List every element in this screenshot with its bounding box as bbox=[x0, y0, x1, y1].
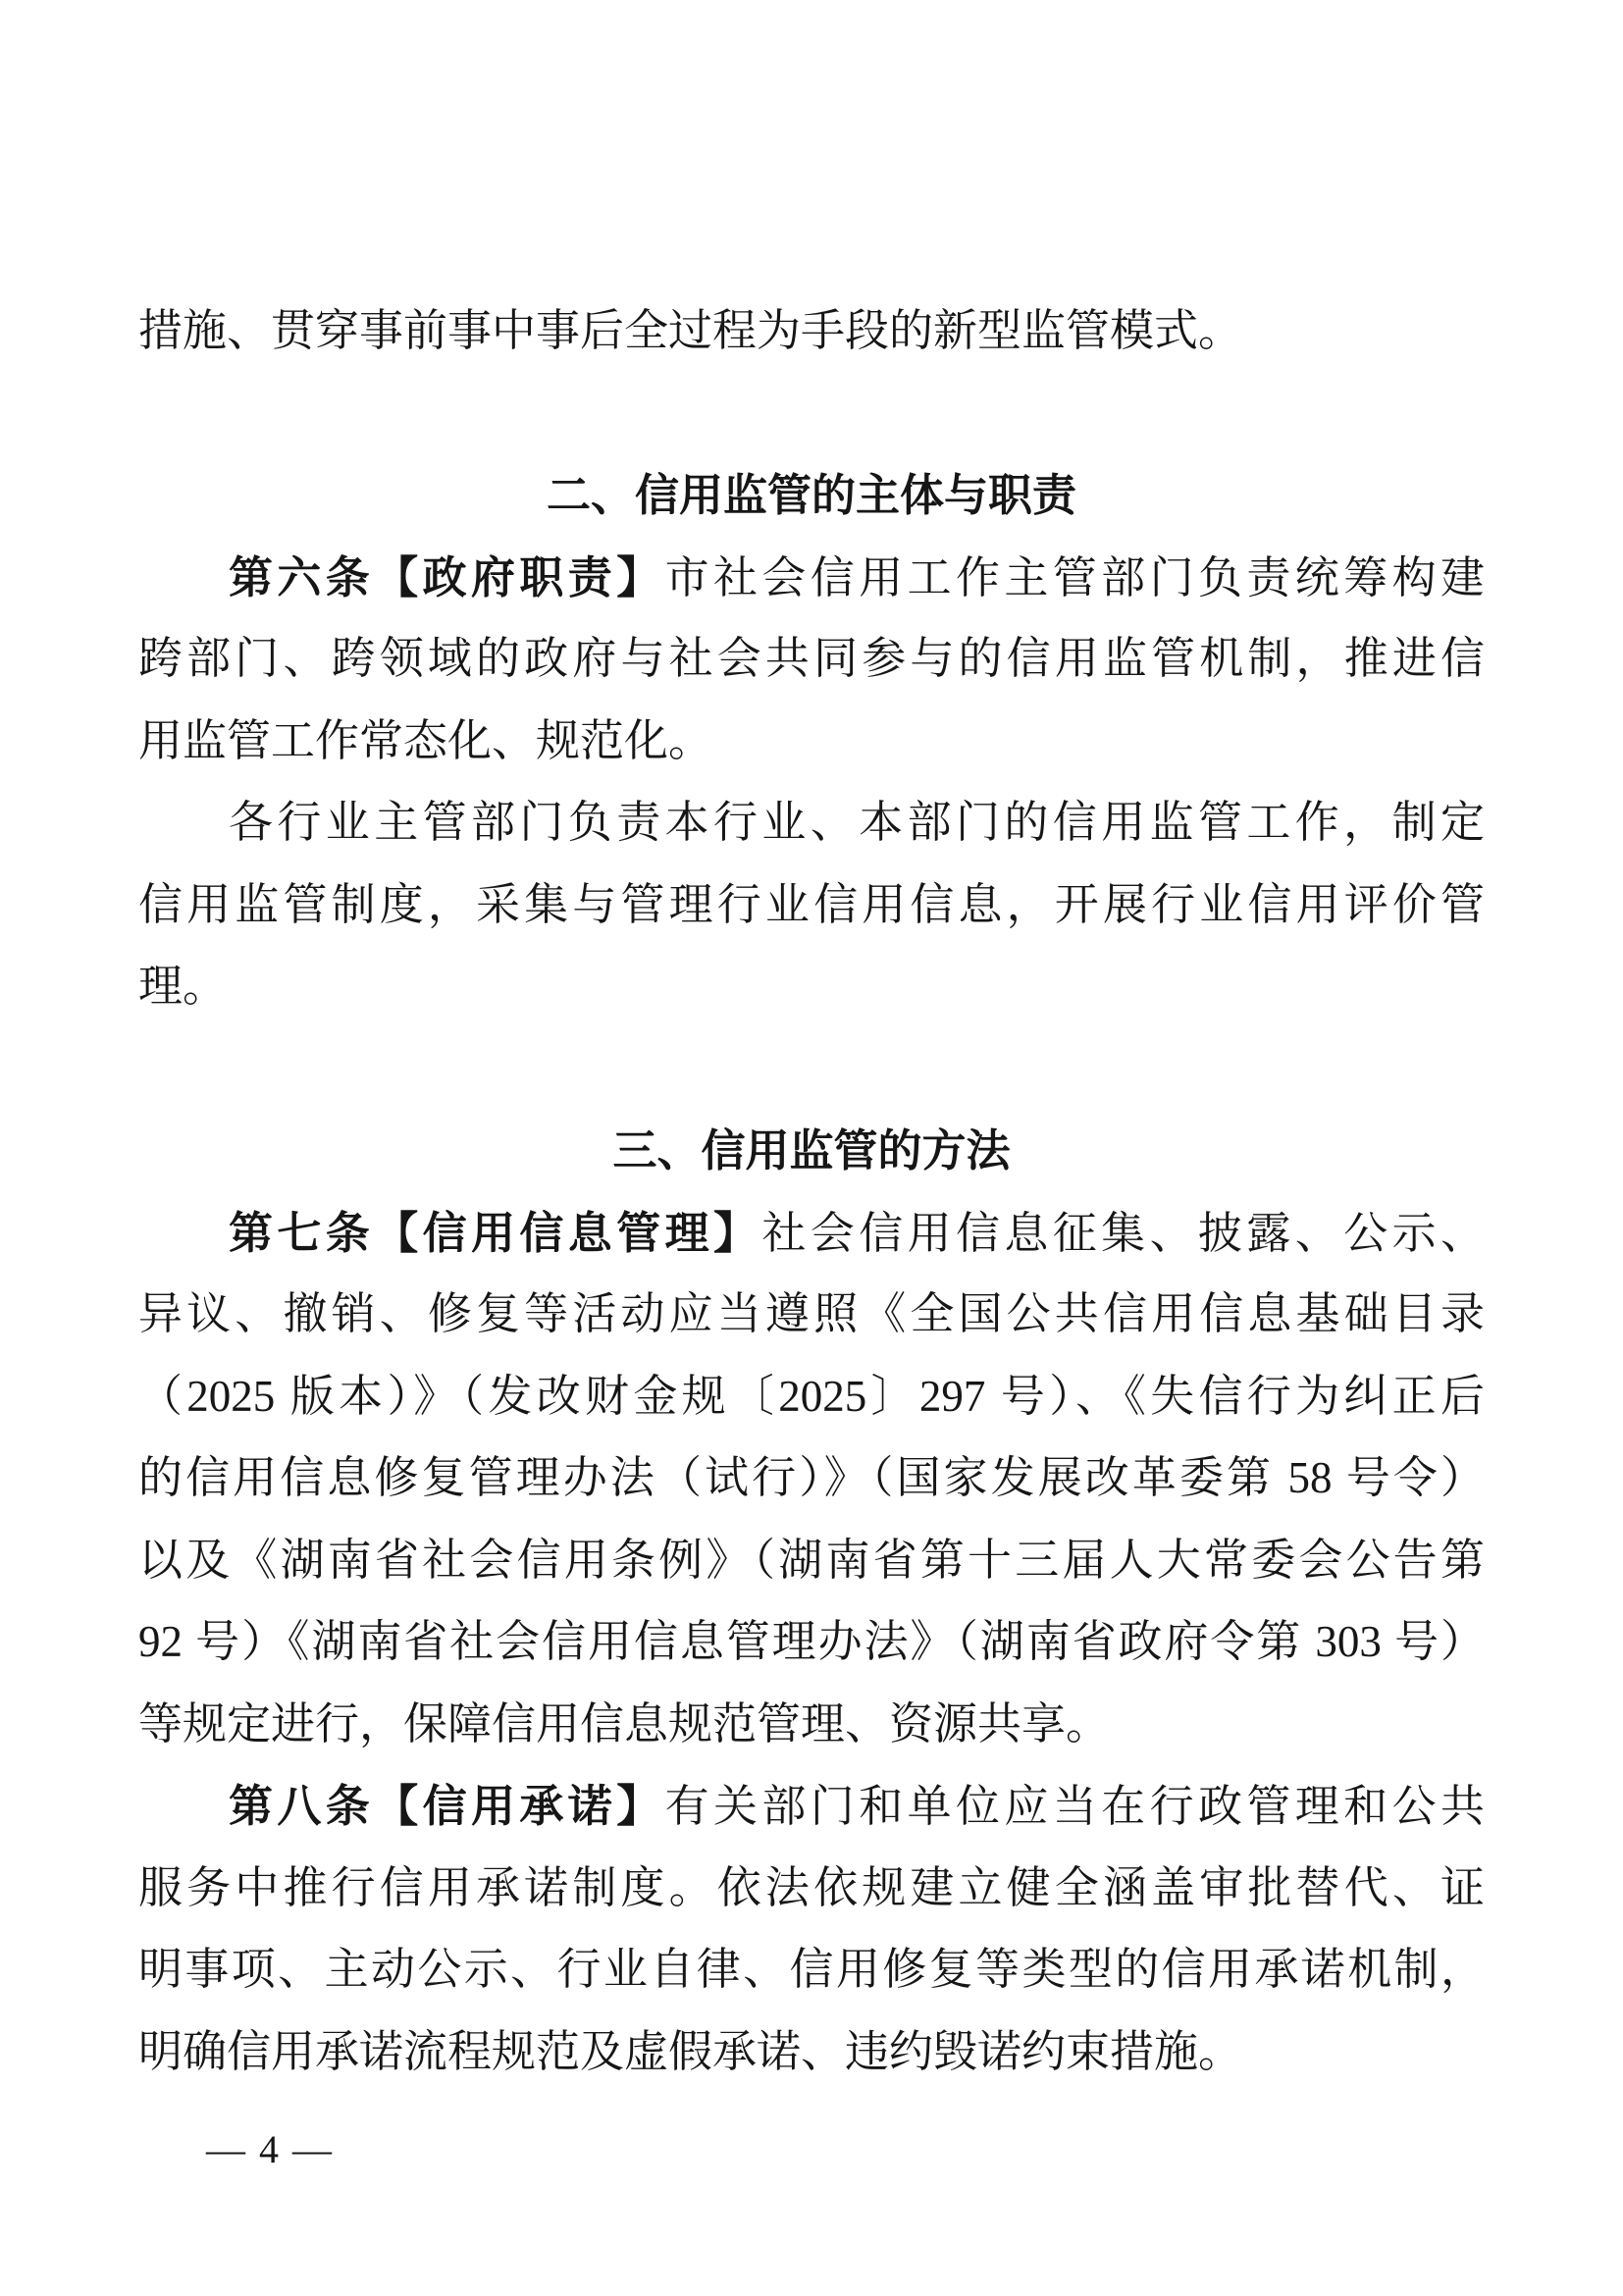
text-line: 服务中推行信用承诺制度。依法依规建立健全涵盖审批替代、证 bbox=[138, 1848, 1485, 1930]
text-line: 等规定进行，保障信用信息规范管理、资源共享。 bbox=[138, 1684, 1485, 1766]
text-line: 以及《湖南省社会信用条例》（湖南省第十三届人大常委会公告第 bbox=[138, 1520, 1485, 1602]
text-line: 92 号）《湖南省社会信用信息管理办法》（湖南省政府令第 303 号） bbox=[138, 1601, 1485, 1684]
text-run: 异议、撤销、修复等活动应当遵照《全国公共信用信息基础目录 bbox=[138, 1289, 1485, 1338]
text-line: 信用监管制度，采集与管理行业信用信息，开展行业信用评价管 bbox=[138, 864, 1485, 947]
text-run: 措施、贯穿事前事中事后全过程为手段的新型监管模式。 bbox=[138, 306, 1242, 355]
article-label: 第七条【信用信息管理】 bbox=[229, 1208, 761, 1258]
text-run: 以及《湖南省社会信用条例》（湖南省第十三届人大常委会公告第 bbox=[138, 1536, 1485, 1585]
text-run: 的信用信息修复管理办法（试行）》（国家发展改革委第 58 号令） bbox=[138, 1453, 1485, 1502]
text-run: 各行业主管部门负责本行业、本部门的信用监管工作，制定 bbox=[229, 798, 1485, 847]
text-run: 等规定进行，保障信用信息规范管理、资源共享。 bbox=[138, 1699, 1110, 1748]
text-line: 跨部门、跨领域的政府与社会共同参与的信用监管机制，推进信 bbox=[138, 618, 1485, 701]
article-label: 第六条【政府职责】 bbox=[229, 552, 665, 602]
text-line: 措施、贯穿事前事中事后全过程为手段的新型监管模式。 bbox=[138, 290, 1485, 373]
text-line: 第七条【信用信息管理】社会信用信息征集、披露、公示、 bbox=[138, 1192, 1485, 1275]
text-line: 明确信用承诺流程规范及虚假承诺、违约毁诺约束措施。 bbox=[138, 2011, 1485, 2094]
text-run: 信用监管制度，采集与管理行业信用信息，开展行业信用评价管 bbox=[138, 880, 1485, 929]
text-line: 用监管工作常态化、规范化。 bbox=[138, 701, 1485, 783]
text-line: 理。 bbox=[138, 946, 1485, 1028]
text-run: 用监管工作常态化、规范化。 bbox=[138, 716, 712, 765]
text-line: 的信用信息修复管理办法（试行）》（国家发展改革委第 58 号令） bbox=[138, 1437, 1485, 1520]
text-run: （2025 版本）》（发改财金规〔2025〕297 号）、《失信行为纠正后 bbox=[138, 1372, 1485, 1421]
article-label: 第八条【信用承诺】 bbox=[229, 1781, 665, 1831]
text-line: 异议、撤销、修复等活动应当遵照《全国公共信用信息基础目录 bbox=[138, 1274, 1485, 1356]
text-run: 明确信用承诺流程规范及虚假承诺、违约毁诺约束措施。 bbox=[138, 2027, 1242, 2076]
text-run: 92 号）《湖南省社会信用信息管理办法》（湖南省政府令第 303 号） bbox=[138, 1617, 1485, 1666]
text-run: 理。 bbox=[138, 962, 227, 1011]
text-run: 服务中推行信用承诺制度。依法依规建立健全涵盖审批替代、证 bbox=[138, 1863, 1485, 1912]
text-line: （2025 版本）》（发改财金规〔2025〕297 号）、《失信行为纠正后 bbox=[138, 1356, 1485, 1438]
text-run: 明事项、主动公示、行业自律、信用修复等类型的信用承诺机制， bbox=[138, 1945, 1485, 1994]
document-page: 措施、贯穿事前事中事后全过程为手段的新型监管模式。二、信用监管的主体与职责第六条… bbox=[0, 0, 1623, 2296]
text-line: 明事项、主动公示、行业自律、信用修复等类型的信用承诺机制， bbox=[138, 1929, 1485, 2011]
text-line: 第八条【信用承诺】有关部门和单位应当在行政管理和公共 bbox=[138, 1765, 1485, 1848]
section-heading: 三、信用监管的方法 bbox=[138, 1110, 1485, 1192]
text-line: 第六条【政府职责】市社会信用工作主管部门负责统筹构建 bbox=[138, 537, 1485, 619]
text-run: 有关部门和单位应当在行政管理和公共 bbox=[665, 1782, 1485, 1831]
text-run: 跨部门、跨领域的政府与社会共同参与的信用监管机制，推进信 bbox=[138, 634, 1485, 683]
document-body: 措施、贯穿事前事中事后全过程为手段的新型监管模式。二、信用监管的主体与职责第六条… bbox=[138, 290, 1485, 2093]
section-heading: 二、信用监管的主体与职责 bbox=[138, 454, 1485, 537]
text-run: 市社会信用工作主管部门负责统筹构建 bbox=[665, 553, 1485, 602]
text-line: 各行业主管部门负责本行业、本部门的信用监管工作，制定 bbox=[138, 782, 1485, 864]
page-number: — 4 — bbox=[206, 2127, 334, 2172]
text-run: 社会信用信息征集、披露、公示、 bbox=[761, 1209, 1485, 1258]
